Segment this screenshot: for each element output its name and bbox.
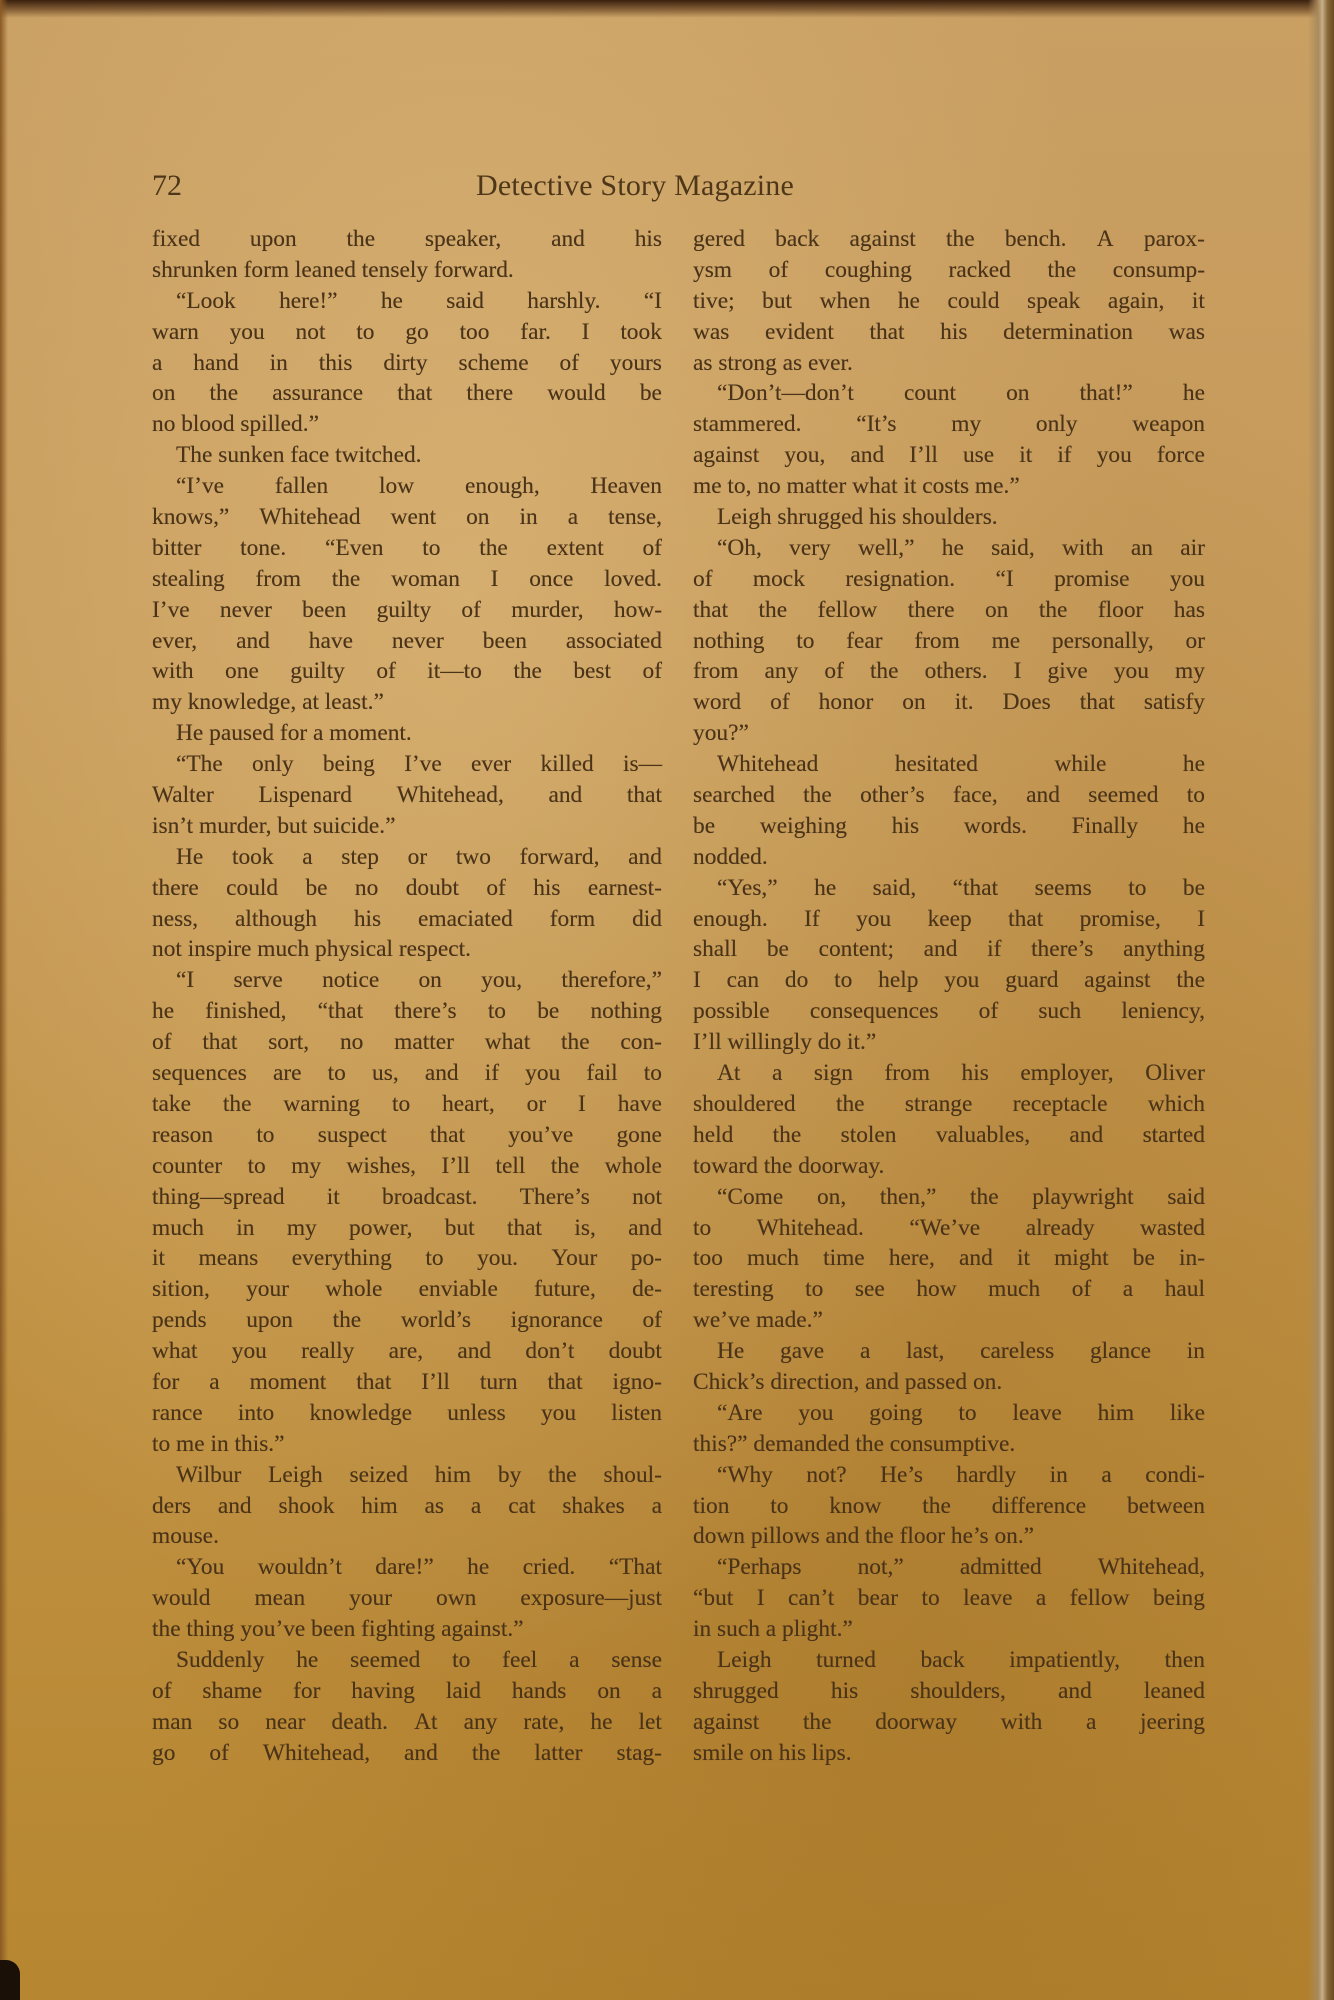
text-line: Chick’s direction, and passed on. (693, 1367, 1205, 1398)
text-line: beweighinghiswords.Finallyhe (693, 811, 1205, 842)
text-line: withoneguiltyofit—tothebestof (152, 656, 662, 687)
text-line: “Perhapsnot,”admittedWhitehead, (693, 1552, 1205, 1583)
paragraph: “TheonlybeingI’veeverkilledis—WalterLisp… (152, 749, 662, 842)
text-line: ness,althoughhisemaciatedformdid (152, 904, 662, 935)
text-line: dersandshookhimasacatshakesa (152, 1491, 662, 1522)
text-line: ysmofcoughingrackedtheconsump- (693, 255, 1205, 286)
text-line: shoulderedthestrangereceptaclewhich (693, 1089, 1205, 1120)
text-line: Hetookasteportwoforward,and (152, 842, 662, 873)
paragraph: He paused for a moment. (152, 718, 662, 749)
text-line: toomuchtimehere,anditmightbein- (693, 1243, 1205, 1274)
text-line: Leigh shrugged his shoulders. (693, 502, 1205, 533)
text-line: Hegavealast,carelessglancein (693, 1336, 1205, 1367)
text-line: me to, no matter what it costs me.” (693, 471, 1205, 502)
text-line: the thing you’ve been fighting against.” (152, 1614, 662, 1645)
text-line: “Youwouldn’tdare!”hecried.“That (152, 1552, 662, 1583)
text-line: shruggedhisshoulders,andleaned (693, 1676, 1205, 1707)
text-line: tive;butwhenhecouldspeakagain,it (693, 286, 1205, 317)
text-line: wouldmeanyourownexposure—just (152, 1583, 662, 1614)
paragraph: fixeduponthespeaker,andhisshrunken form … (152, 224, 662, 286)
page-corner-background (0, 1960, 20, 2000)
text-line: warnyounottogotoofar.Itook (152, 317, 662, 348)
text-line: this?” demanded the consumptive. (693, 1429, 1205, 1460)
text-line: I’ll willingly do it.” (693, 1027, 1205, 1058)
text-line: ofshameforhavinglaidhandsona (152, 1676, 662, 1707)
text-line: WalterLispenardWhitehead,andthat (152, 780, 662, 811)
text-line: againstyou,andI’lluseitifyouforce (693, 440, 1205, 471)
text-line: “Don’t—don’tcountonthat!”he (693, 378, 1205, 409)
text-line: not inspire much physical respect. (152, 934, 662, 965)
text-line: whatyoureallyare,anddon’tdoubt (152, 1336, 662, 1367)
page-number: 72 (152, 166, 182, 206)
text-line: “TheonlybeingI’veeverkilledis— (152, 749, 662, 780)
text-line: “Lookhere!”hesaidharshly.“I (152, 286, 662, 317)
paragraph: “Yes,”hesaid,“thatseemstobeenough.Ifyouk… (693, 873, 1205, 1058)
text-line: as strong as ever. (693, 348, 1205, 379)
paragraph: geredbackagainstthebench.Aparox-ysmofcou… (693, 224, 1205, 378)
text-line: shallbecontent;andifthere’sanything (693, 934, 1205, 965)
text-line: goofWhitehead,andthelatterstag- (152, 1738, 662, 1769)
text-line: possibleconsequencesofsuchleniency, (693, 996, 1205, 1027)
text-line: Suddenlyheseemedtofeelasense (152, 1645, 662, 1676)
paragraph: “Lookhere!”hesaidharshly.“Iwarnyounottog… (152, 286, 662, 440)
paragraph: “Iservenoticeonyou,therefore,”hefinished… (152, 965, 662, 1459)
paragraph: Suddenlyheseemedtofeelasenseofshameforha… (152, 1645, 662, 1769)
paragraph: “Oh,verywell,”hesaid,withanairofmockresi… (693, 533, 1205, 749)
text-line: “Areyougoingtoleavehimlike (693, 1398, 1205, 1429)
text-line: He paused for a moment. (152, 718, 662, 749)
text-line: enough.Ifyoukeepthatpromise,I (693, 904, 1205, 935)
text-line: nothingtofearfrommepersonally,or (693, 626, 1205, 657)
text-line: takethewarningtoheart,orIhave (152, 1089, 662, 1120)
paragraph: “Perhapsnot,”admittedWhitehead,“butIcan’… (693, 1552, 1205, 1645)
text-line: smile on his lips. (693, 1738, 1205, 1769)
text-line: down pillows and the floor he’s on.” (693, 1521, 1205, 1552)
text-line: in such a plight.” (693, 1614, 1205, 1645)
page-right-edge-binding (1308, 0, 1334, 2000)
magazine-title: Detective Story Magazine (476, 166, 794, 206)
text-line: knows,”Whiteheadwentoninatense, (152, 502, 662, 533)
paragraph: “Youwouldn’tdare!”hecried.“Thatwouldmean… (152, 1552, 662, 1645)
paragraph: “Whynot?He’shardlyinacondi-tiontoknowthe… (693, 1460, 1205, 1553)
text-line: nodded. (693, 842, 1205, 873)
text-line: wasevidentthathisdeterminationwas (693, 317, 1205, 348)
text-line: Whiteheadhesitatedwhilehe (693, 749, 1205, 780)
text-line: searchedtheother’sface,andseemedto (693, 780, 1205, 811)
text-line: toWhitehead.“We’vealreadywasted (693, 1213, 1205, 1244)
text-line: wordofhonoronit.Doesthatsatisfy (693, 687, 1205, 718)
text-line: tiontoknowthedifferencebetween (693, 1491, 1205, 1522)
text-line: “Oh,verywell,”hesaid,withanair (693, 533, 1205, 564)
text-line: itmeanseverythingtoyou.Yourpo- (152, 1243, 662, 1274)
paragraph: Hegavealast,carelessglanceinChick’s dire… (693, 1336, 1205, 1398)
paragraph: Leigh shrugged his shoulders. (693, 502, 1205, 533)
text-line: WilburLeighseizedhimbytheshoul- (152, 1460, 662, 1491)
text-line: Icandotohelpyouguardagainstthe (693, 965, 1205, 996)
text-line: muchinmypower,butthatis,and (152, 1213, 662, 1244)
text-line: stealingfromthewomanIonceloved. (152, 564, 662, 595)
magazine-page: 72 Detective Story Magazine fixeduponthe… (0, 0, 1334, 2000)
paragraph: The sunken face twitched. (152, 440, 662, 471)
text-column-right: geredbackagainstthebench.Aparox-ysmofcou… (693, 224, 1205, 1769)
paragraph: Atasignfromhisemployer,Olivershoulderedt… (693, 1058, 1205, 1182)
text-line: sequencesaretous,andifyoufailto (152, 1058, 662, 1089)
text-line: sition,yourwholeenviablefuture,de- (152, 1274, 662, 1305)
text-line: ontheassurancethattherewouldbe (152, 378, 662, 409)
text-line: terestingtoseehowmuchofahaul (693, 1274, 1205, 1305)
text-line: heldthestolenvaluables,andstarted (693, 1120, 1205, 1151)
text-line: “Whynot?He’shardlyinacondi- (693, 1460, 1205, 1491)
text-line: hefinished,“thatthere’stobenothing (152, 996, 662, 1027)
text-line: no blood spilled.” (152, 409, 662, 440)
text-line: thing—spreaditbroadcast.There’snot (152, 1182, 662, 1213)
text-line: ranceintoknowledgeunlessyoulisten (152, 1398, 662, 1429)
text-line: you?” (693, 718, 1205, 749)
text-line: to me in this.” (152, 1429, 662, 1460)
text-line: “Iservenoticeonyou,therefore,” (152, 965, 662, 996)
paragraph: Whiteheadhesitatedwhilehesearchedtheothe… (693, 749, 1205, 873)
text-line: “I’vefallenlowenough,Heaven (152, 471, 662, 502)
text-line: “Yes,”hesaid,“thatseemstobe (693, 873, 1205, 904)
text-line: geredbackagainstthebench.Aparox- (693, 224, 1205, 255)
text-line: reasontosuspectthatyou’vegone (152, 1120, 662, 1151)
page-top-edge-shadow (0, 0, 1334, 18)
text-line: fixeduponthespeaker,andhis (152, 224, 662, 255)
text-line: ever,andhaveneverbeenassociated (152, 626, 662, 657)
text-column-left: fixeduponthespeaker,andhisshrunken form … (152, 224, 662, 1769)
paragraph: WilburLeighseizedhimbytheshoul-dersandsh… (152, 1460, 662, 1553)
text-line: therecouldbenodoubtofhisearnest- (152, 873, 662, 904)
text-line: fromanyoftheothers.Igiveyoumy (693, 656, 1205, 687)
paragraph: “Areyougoingtoleavehimlikethis?” demande… (693, 1398, 1205, 1460)
text-line: ahandinthisdirtyschemeofyours (152, 348, 662, 379)
running-head: 72 Detective Story Magazine (152, 166, 872, 206)
paragraph: Leighturnedbackimpatiently,thenshruggedh… (693, 1645, 1205, 1769)
text-line: isn’t murder, but suicide.” (152, 811, 662, 842)
text-line: Leighturnedbackimpatiently,then (693, 1645, 1205, 1676)
text-line: mouse. (152, 1521, 662, 1552)
text-line: foramomentthatI’llturnthatigno- (152, 1367, 662, 1398)
paragraph: “I’vefallenlowenough,Heavenknows,”Whiteh… (152, 471, 662, 718)
text-line: The sunken face twitched. (152, 440, 662, 471)
text-line: bittertone.“Eventotheextentof (152, 533, 662, 564)
text-line: mansoneardeath.Atanyrate,helet (152, 1707, 662, 1738)
text-line: pendsupontheworld’signoranceof (152, 1305, 662, 1336)
text-line: stammered.“It’smyonlyweapon (693, 409, 1205, 440)
text-line: my knowledge, at least.” (152, 687, 662, 718)
text-line: we’ve made.” (693, 1305, 1205, 1336)
paragraph: “Comeon,then,”theplaywrightsaidtoWhitehe… (693, 1182, 1205, 1336)
text-line: Atasignfromhisemployer,Oliver (693, 1058, 1205, 1089)
text-line: countertomywishes,I’lltellthewhole (152, 1151, 662, 1182)
text-line: shrunken form leaned tensely forward. (152, 255, 662, 286)
text-line: “butIcan’tbeartoleaveafellowbeing (693, 1583, 1205, 1614)
text-line: againstthedoorwaywithajeering (693, 1707, 1205, 1738)
page-left-edge (0, 0, 8, 2000)
text-line: I’veneverbeenguiltyofmurder,how- (152, 595, 662, 626)
text-line: ofthatsort,nomatterwhatthecon- (152, 1027, 662, 1058)
text-line: thatthefellowthereonthefloorhas (693, 595, 1205, 626)
text-line: ofmockresignation.“Ipromiseyou (693, 564, 1205, 595)
text-line: “Comeon,then,”theplaywrightsaid (693, 1182, 1205, 1213)
text-line: toward the doorway. (693, 1151, 1205, 1182)
paragraph: “Don’t—don’tcountonthat!”hestammered.“It… (693, 378, 1205, 502)
paragraph: Hetookasteportwoforward,andtherecouldben… (152, 842, 662, 966)
